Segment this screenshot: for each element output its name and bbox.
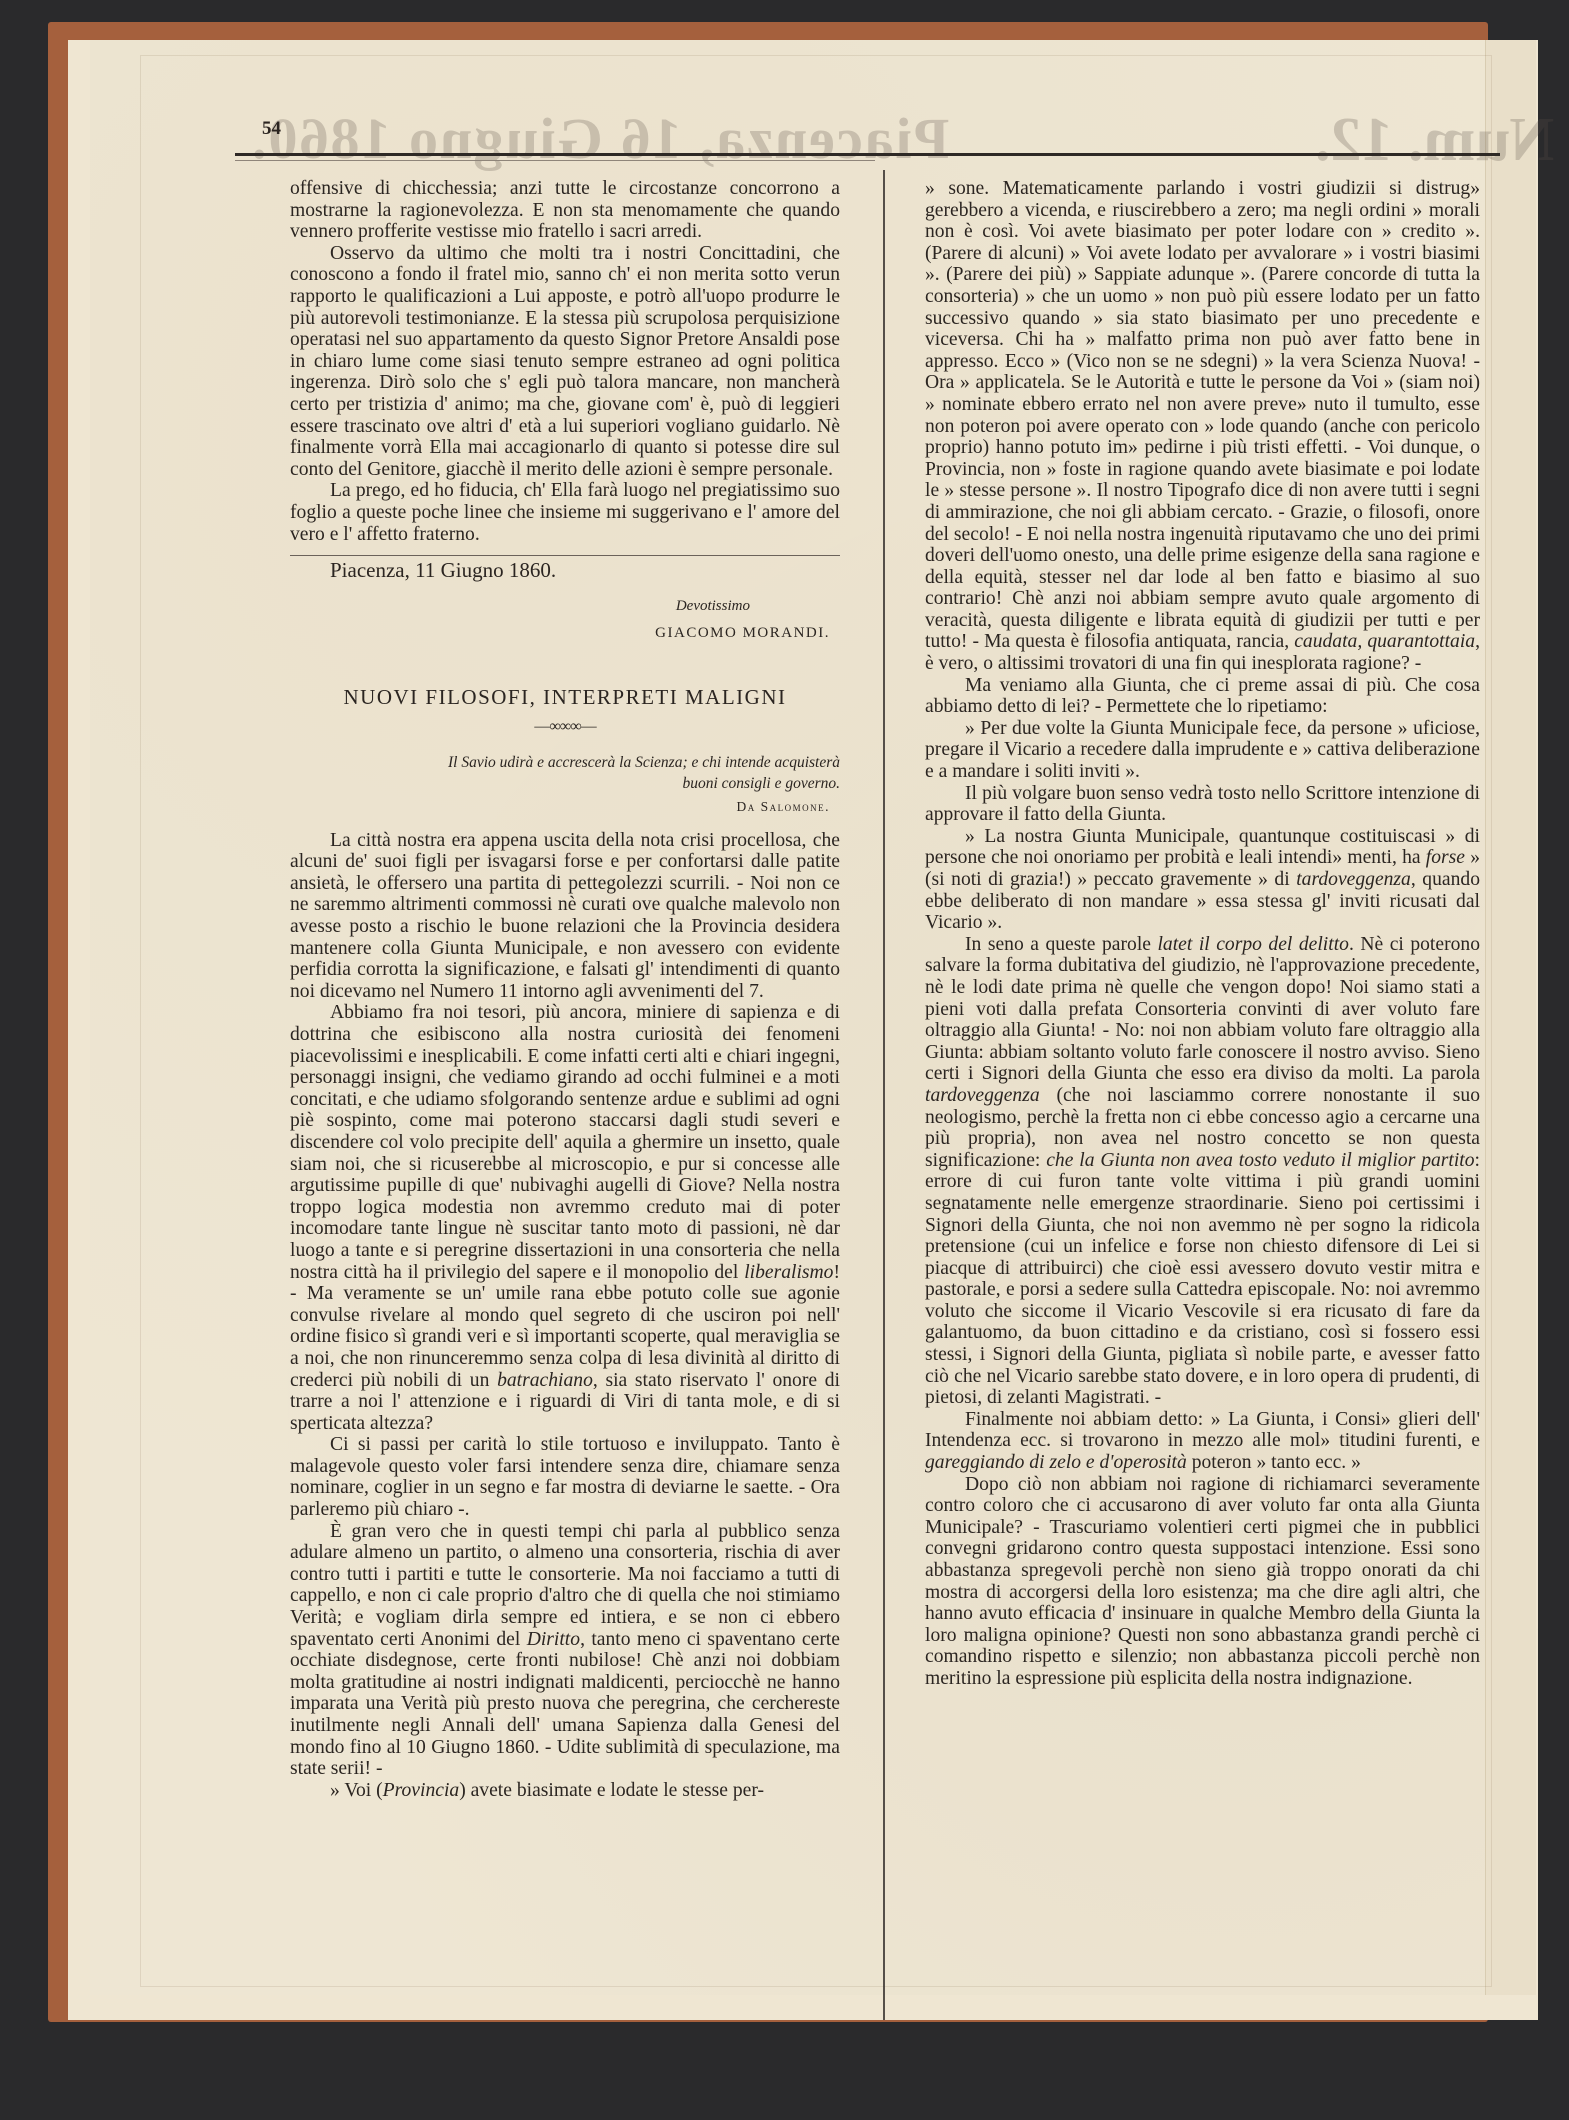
article-paragraph: Il più volgare buon senso vedrà tosto ne… — [925, 783, 1480, 826]
article-headline: NUOVI FILOSOFI, INTERPRETI MALIGNI — [290, 687, 840, 709]
italic-text: gareggiando di zelo e d'operosità — [925, 1452, 1187, 1473]
text-run: , tanto meno ci spaventano certe occhiat… — [290, 1629, 840, 1780]
italic-text: che la Giunta non avea tosto veduto il m… — [1046, 1150, 1474, 1171]
text-run: : errore di cui furon tante volte vittim… — [925, 1150, 1480, 1409]
text-run: » sone. Matematicamente parlando i vostr… — [925, 178, 1480, 652]
text-run: Abbiamo fra noi tesori, più ancora, mini… — [290, 1002, 840, 1282]
article-paragraph: È gran vero che in questi tempi chi parl… — [290, 1521, 840, 1780]
article-paragraph: » sone. Matematicamente parlando i vostr… — [925, 178, 1480, 675]
italic-text: tardoveggenza — [925, 1085, 1040, 1106]
article-paragraph: » Voi (Provincia) avete biasimate e loda… — [290, 1780, 840, 1802]
text-run: In seno a queste parole — [965, 934, 1157, 955]
letter-paragraph: offensive di chicchessia; anzi tutte le … — [290, 178, 840, 243]
bleed-through-issue-number: Num. 12. — [1315, 105, 1554, 176]
italic-text: tardoveggenza — [1296, 869, 1411, 890]
header-rule — [235, 153, 1500, 156]
left-column: offensive di chicchessia; anzi tutte le … — [290, 178, 840, 1801]
text-run: » Voi ( — [330, 1780, 383, 1801]
article-paragraph: Finalmente noi abbiam detto: » La Giunta… — [925, 1409, 1480, 1474]
epigraph-attribution: Da Salomone. — [290, 796, 840, 818]
letter-dateline: Piacenza, 11 Giugno 1860. — [290, 555, 840, 582]
page-number: 54 — [262, 118, 281, 140]
quoted-paragraph: » Per due volte la Giunta Municipale fec… — [925, 718, 1480, 783]
article-epigraph: Il Savio udirà e accrescerà la Scienza; … — [290, 752, 840, 794]
article-paragraph: In seno a queste parole latet il corpo d… — [925, 934, 1480, 1409]
italic-text: batrachiano — [497, 1370, 593, 1391]
italic-text: latet il corpo del delitto — [1157, 934, 1348, 955]
letter-paragraph: La prego, ed ho fiducia, ch' Ella farà l… — [290, 480, 840, 545]
text-run: poteron » tanto ecc. » — [1187, 1452, 1361, 1473]
right-column: » sone. Matematicamente parlando i vostr… — [925, 178, 1480, 1690]
text-run: ) avete biasimate e lodate le stesse per… — [459, 1780, 764, 1801]
article-paragraph: Ma veniamo alla Giunta, che ci preme ass… — [925, 675, 1480, 718]
italic-text: Provincia — [383, 1780, 460, 1801]
letter-signoff: Devotissimo — [290, 596, 840, 618]
italic-text: liberalismo — [744, 1262, 833, 1283]
quoted-paragraph: » La nostra Giunta Municipale, quantunqu… — [925, 826, 1480, 934]
text-run: Finalmente noi abbiam detto: » La Giunta… — [925, 1409, 1480, 1452]
italic-text: Diritto — [527, 1629, 580, 1650]
bleed-through-masthead: Piacenza, 16 Giugno 1860. — [250, 105, 949, 172]
italic-text: forse — [1426, 847, 1465, 868]
ornament-divider: —∞∞∞— — [290, 716, 840, 738]
letter-signature: GIACOMO MORANDI. — [290, 623, 840, 645]
header-rule-thin — [235, 160, 875, 161]
italic-text: caudata, quarantottaia — [1294, 631, 1475, 652]
column-divider — [883, 170, 885, 2020]
article-paragraph: Ci si passi per carità lo stile tortuoso… — [290, 1434, 840, 1520]
next-page-edge — [1485, 40, 1536, 1995]
article-paragraph: La città nostra era appena uscita della … — [290, 830, 840, 1003]
article-paragraph: Abbiamo fra noi tesori, più ancora, mini… — [290, 1002, 840, 1434]
text-run: » La nostra Giunta Municipale, quantunqu… — [925, 826, 1480, 869]
article-paragraph: Dopo ciò non abbiam noi ragione di richi… — [925, 1474, 1480, 1690]
letter-paragraph: Osservo da ultimo che molti tra i nostri… — [290, 243, 840, 481]
text-run: . Nè ci poterono salvare la forma dubita… — [925, 934, 1480, 1085]
